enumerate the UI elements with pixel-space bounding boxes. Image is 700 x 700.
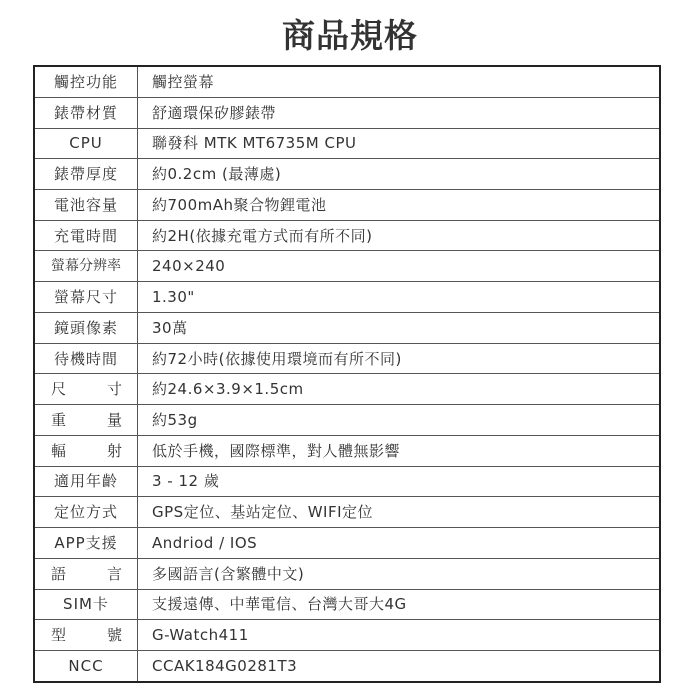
spec-value: 聯發科 MTK MT6735M CPU (138, 128, 661, 159)
spec-label: 觸控功能 (34, 66, 138, 97)
table-row: 錶帶材質 舒適環保矽膠錶帶 (34, 97, 660, 128)
spec-label: 定位方式 (34, 497, 138, 528)
spec-value: 3 - 12 歲 (138, 466, 661, 497)
spec-value: Andriod / IOS (138, 528, 661, 559)
spec-label: 輻射 (34, 435, 138, 466)
spec-label: NCC (34, 650, 138, 682)
spec-label: 尺寸 (34, 374, 138, 405)
table-row: 錶帶厚度 約0.2cm (最薄處) (34, 159, 660, 190)
spec-label: CPU (34, 128, 138, 159)
spec-label: APP支援 (34, 528, 138, 559)
table-row: 語言 多國語言(含繁體中文) (34, 558, 660, 589)
spec-value: G-Watch411 (138, 620, 661, 651)
table-row: 型號 G-Watch411 (34, 620, 660, 651)
spec-value: CCAK184G0281T3 (138, 650, 661, 682)
table-row: APP支援 Andriod / IOS (34, 528, 660, 559)
table-row: 充電時間 約2H(依據充電方式而有所不同) (34, 220, 660, 251)
table-row: 適用年齡 3 - 12 歲 (34, 466, 660, 497)
spec-label: 鏡頭像素 (34, 312, 138, 343)
spec-table: 觸控功能 觸控螢幕 錶帶材質 舒適環保矽膠錶帶 CPU 聯發科 MTK MT67… (33, 65, 661, 683)
spec-value: 多國語言(含繁體中文) (138, 558, 661, 589)
table-row: 尺寸 約24.6×3.9×1.5cm (34, 374, 660, 405)
spec-value: 低於手機，國際標準，對人體無影響 (138, 435, 661, 466)
table-row: SIM卡 支援遠傳、中華電信、台灣大哥大4G (34, 589, 660, 620)
spec-value: 約24.6×3.9×1.5cm (138, 374, 661, 405)
spec-label: 錶帶厚度 (34, 159, 138, 190)
spec-label: 電池容量 (34, 189, 138, 220)
spec-value: GPS定位、基站定位、WIFI定位 (138, 497, 661, 528)
table-row: 螢幕分辨率 240×240 (34, 251, 660, 282)
table-row: 觸控功能 觸控螢幕 (34, 66, 660, 97)
spec-value: 約700mAh聚合物鋰電池 (138, 189, 661, 220)
spec-label: 適用年齡 (34, 466, 138, 497)
table-row: 螢幕尺寸 1.30" (34, 282, 660, 313)
spec-value: 約53g (138, 405, 661, 436)
page-title: 商品規格 (0, 14, 700, 58)
table-row: 定位方式 GPS定位、基站定位、WIFI定位 (34, 497, 660, 528)
spec-value: 1.30" (138, 282, 661, 313)
table-row: 電池容量 約700mAh聚合物鋰電池 (34, 189, 660, 220)
spec-value: 240×240 (138, 251, 661, 282)
spec-label: SIM卡 (34, 589, 138, 620)
spec-label: 型號 (34, 620, 138, 651)
table-row: 待機時間 約72小時(依據使用環境而有所不同) (34, 343, 660, 374)
spec-value: 舒適環保矽膠錶帶 (138, 97, 661, 128)
spec-label: 錶帶材質 (34, 97, 138, 128)
spec-label: 螢幕分辨率 (34, 251, 138, 282)
table-row: 重量 約53g (34, 405, 660, 436)
spec-value: 約72小時(依據使用環境而有所不同) (138, 343, 661, 374)
spec-value: 約2H(依據充電方式而有所不同) (138, 220, 661, 251)
spec-value: 30萬 (138, 312, 661, 343)
table-row: 鏡頭像素 30萬 (34, 312, 660, 343)
spec-label: 待機時間 (34, 343, 138, 374)
table-row: 輻射 低於手機，國際標準，對人體無影響 (34, 435, 660, 466)
spec-label: 螢幕尺寸 (34, 282, 138, 313)
table-row: CPU 聯發科 MTK MT6735M CPU (34, 128, 660, 159)
spec-label: 重量 (34, 405, 138, 436)
spec-value: 支援遠傳、中華電信、台灣大哥大4G (138, 589, 661, 620)
table-row: NCC CCAK184G0281T3 (34, 650, 660, 682)
spec-value: 約0.2cm (最薄處) (138, 159, 661, 190)
spec-label: 充電時間 (34, 220, 138, 251)
spec-label: 語言 (34, 558, 138, 589)
spec-value: 觸控螢幕 (138, 66, 661, 97)
